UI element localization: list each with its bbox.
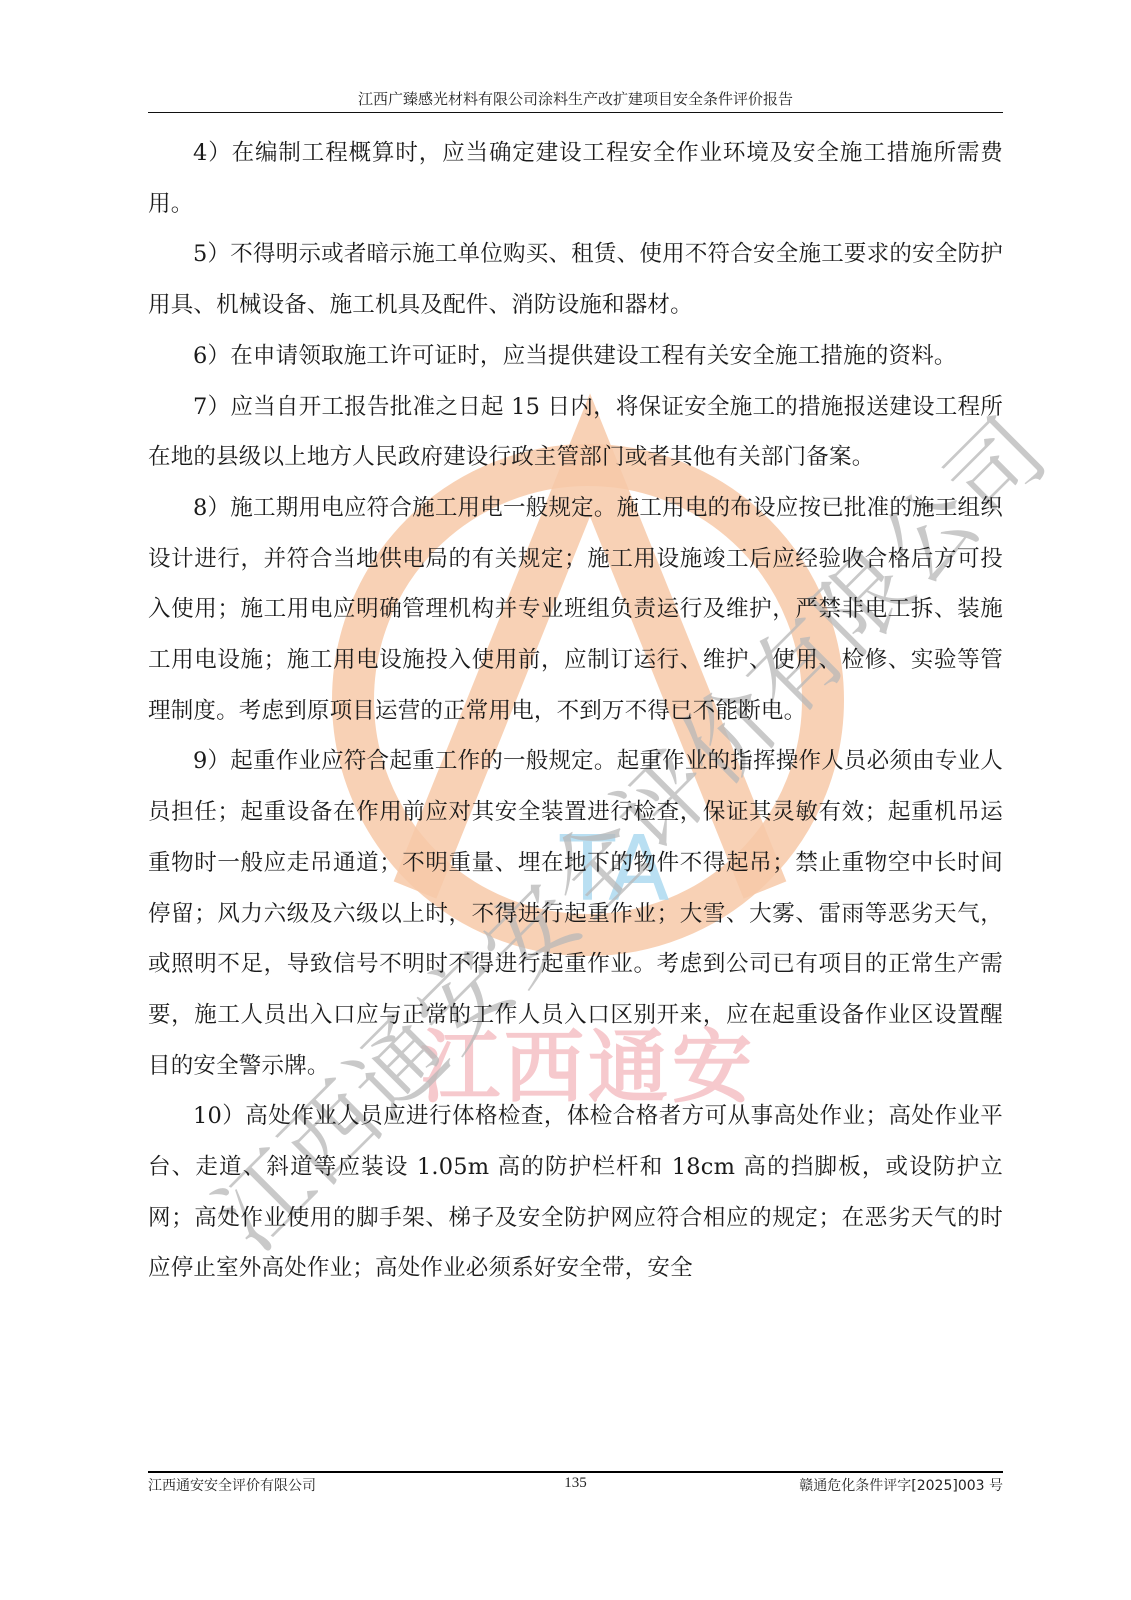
paragraph-item-9: 9）起重作业应符合起重工作的一般规定。起重作业的指挥操作人员必须由专业人员担任；…	[148, 736, 1003, 1091]
paragraph-item-8: 8）施工期用电应符合施工用电一般规定。施工用电的布设应按已批准的施工组织设计进行…	[148, 483, 1003, 737]
header-divider	[148, 112, 1003, 113]
paragraph-item-6: 6）在申请领取施工许可证时，应当提供建设工程有关安全施工措施的资料。	[148, 331, 1003, 382]
body-text: 4）在编制工程概算时，应当确定建设工程安全作业环境及安全施工措施所需费用。 5）…	[148, 128, 1003, 1294]
footer-divider	[148, 1471, 1003, 1473]
running-footer: 江西通安安全评价有限公司 135 赣通危化条件评字[2025]003 号	[148, 1475, 1003, 1495]
paragraph-item-4: 4）在编制工程概算时，应当确定建设工程安全作业环境及安全施工措施所需费用。	[148, 128, 1003, 229]
running-header: 江西广臻感光材料有限公司涂料生产改扩建项目安全条件评价报告	[148, 88, 1003, 109]
document-page: 江西广臻感光材料有限公司涂料生产改扩建项目安全条件评价报告 TA 江西通安 江西…	[0, 0, 1131, 1600]
paragraph-item-10: 10）高处作业人员应进行体格检查，体检合格者方可从事高处作业；高处作业平台、走道…	[148, 1091, 1003, 1294]
paragraph-item-5: 5）不得明示或者暗示施工单位购买、租赁、使用不符合安全施工要求的安全防护用具、机…	[148, 229, 1003, 330]
paragraph-item-7: 7）应当自开工报告批准之日起 15 日内，将保证安全施工的措施报送建设工程所在地…	[148, 382, 1003, 483]
footer-doc-number: 赣通危化条件评字[2025]003 号	[799, 1475, 1003, 1495]
